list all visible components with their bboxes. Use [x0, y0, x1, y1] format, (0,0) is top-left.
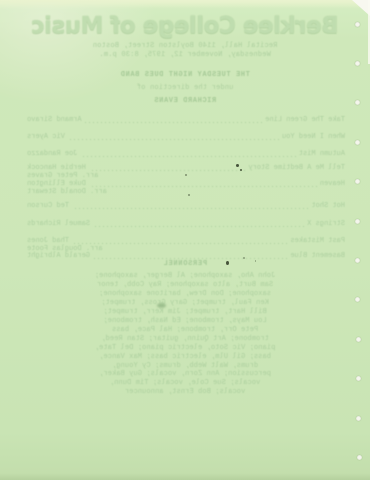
piece-title: Heaven	[320, 180, 345, 188]
ensemble-title: THE TUESDAY NIGHT DUES BAND	[0, 71, 370, 80]
piece-credit: Joe Randazzo	[27, 150, 77, 158]
program-row: Strings X Samuel Richards	[27, 220, 345, 228]
personnel-line: Bill Hart, trumpet; Jim Kerr, trumpet;	[30, 308, 340, 317]
personnel-heading: PERSONNEL	[0, 260, 370, 268]
piece-credit: Ted Curson	[27, 202, 69, 210]
personnel-line: saxophone; Don Drew, baritone saxophone;	[30, 290, 340, 299]
dotted-leader	[68, 138, 279, 140]
piece-credit: Gerald Albright	[27, 252, 90, 260]
dotted-leader	[93, 257, 287, 259]
scanned-page: Berklee College of Music Recital Hall, 1…	[0, 0, 370, 480]
piece-credit: Samuel Richards	[27, 220, 90, 228]
ink-speck	[236, 164, 239, 167]
program-row: Hot Shot Ted Curson	[27, 202, 345, 210]
piece-credit: Vic Ayers	[27, 133, 65, 141]
personnel-line: Ken Faul, trumpet; Gary Gross, trumpet;	[30, 299, 340, 308]
personnel-line: bass; Gil Ulm, electric bass; Max Vance,	[30, 353, 340, 362]
arranger-credit: arr. Donald Stewart	[27, 188, 107, 196]
piece-title: Take The Green Line	[265, 116, 345, 124]
program-row: Heaven Duke Ellington	[27, 180, 345, 188]
ink-speck	[255, 260, 256, 262]
personnel-line: vocals; Bob Ernst, announcer	[30, 388, 340, 397]
piece-credit: Herbie Hancock	[27, 164, 86, 172]
direction-line: under the direction of	[0, 84, 370, 93]
personnel-line: percussion; Ann Zorn, vocals; Guy Baker,	[30, 370, 340, 379]
school-masthead: Berklee College of Music	[0, 13, 370, 39]
program-row: Take The Green Line Armand Siravo	[27, 116, 345, 124]
date-line: Wednesday, November 12, 1975, 8:30 p.m.	[0, 51, 370, 60]
personnel-line: Lou Mays, trombone; Ed Nash, trombone;	[30, 317, 340, 326]
piece-title: Hot Shot	[311, 202, 345, 210]
dotted-leader	[89, 169, 246, 171]
personnel-line: vocals; Sue Cole, vocals; Tim Dunn,	[30, 379, 340, 388]
piece-credit: Armand Siravo	[27, 116, 82, 124]
piece-title: Basement Blue	[290, 252, 345, 260]
dotted-leader	[80, 155, 295, 157]
piece-title: Autumn Mist	[299, 150, 345, 158]
program-row: Basement Blue Gerald Albright	[27, 252, 345, 260]
personnel-line: John Aho, saxophone; Al Berger, saxophon…	[30, 272, 340, 281]
personnel-line: Sam Burt, alto saxophone; Ray Cobb, teno…	[30, 281, 340, 290]
ink-speck	[226, 261, 229, 265]
arranger-credit: arr. Peter Graves	[27, 172, 98, 180]
piece-credit: Thad Jones	[27, 237, 69, 245]
personnel-line: Pete Orr, trombone; Hal Pace, bass	[30, 326, 340, 335]
piece-credit: Duke Ellington	[27, 180, 86, 188]
dotted-leader	[89, 185, 317, 187]
personnel-line: drums, Walt Webb, drums; Cy Young,	[30, 362, 340, 371]
program-row: Tell Me A Bedtime Story Herbie Hancock	[27, 164, 345, 172]
bleed-through-layer: Berklee College of Music Recital Hall, 1…	[0, 0, 370, 480]
piece-title: Strings X	[307, 220, 345, 228]
personnel-list: John Aho, saxophone; Al Berger, saxophon…	[30, 272, 340, 397]
piece-title: When I Need You	[282, 133, 345, 141]
piece-title: Past Mistakes	[290, 237, 345, 245]
program-row: Past Mistakes Thad Jones	[27, 237, 345, 245]
program-row: Autumn Mist Joe Randazzo	[27, 150, 345, 158]
director-name: RICHARD EVANS	[0, 97, 370, 106]
dotted-leader	[72, 207, 308, 209]
piece-title: Tell Me A Bedtime Story	[248, 164, 345, 172]
dotted-leader	[85, 121, 263, 123]
venue-line: Recital Hall, 1140 Boylston Street, Bost…	[0, 42, 370, 51]
ink-speck	[243, 257, 245, 259]
dotted-leader	[93, 225, 304, 227]
ink-speck	[240, 169, 242, 171]
ink-speck	[188, 194, 190, 196]
ink-speck	[185, 174, 187, 176]
program-row: When I Need You Vic Ayers	[27, 133, 345, 141]
smudge-mark	[157, 303, 166, 308]
personnel-line: trombone; Art Quinn, guitar; Stan Reed,	[30, 335, 340, 344]
dotted-leader	[72, 242, 287, 244]
personnel-line: piano; Vic Soto, electric piano; Del Tat…	[30, 344, 340, 353]
